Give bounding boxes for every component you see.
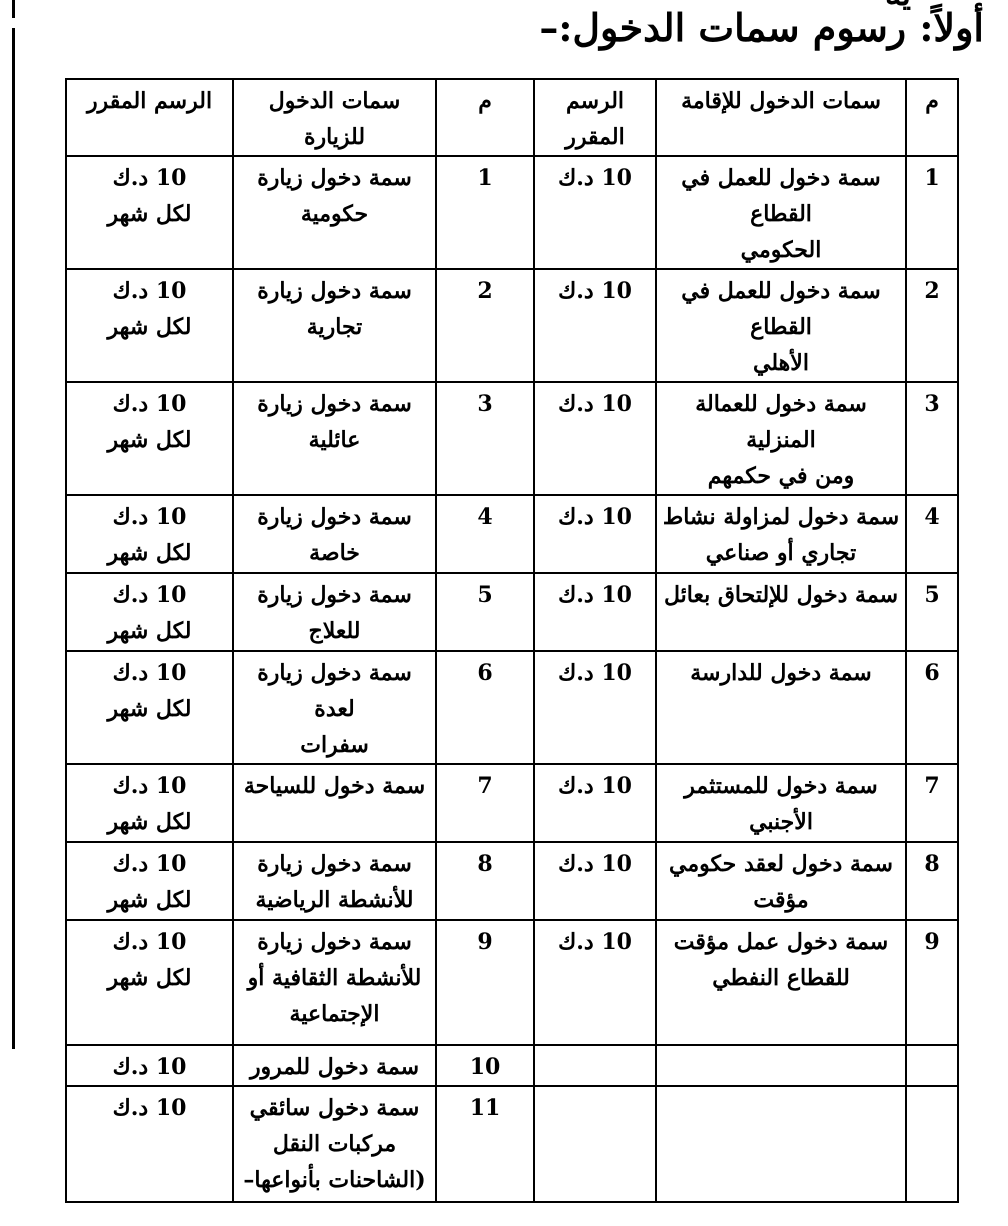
visit-fee-cell: 10 د.ك لكل شهر: [66, 156, 233, 269]
table-row: 11 سمة دخول سائقي مركبات النقل (الشاحنات…: [66, 1086, 958, 1202]
residence-serial-cell: 1: [906, 156, 958, 269]
visit-fee-cell: 10 د.ك لكل شهر: [66, 269, 233, 382]
header-residence-visas: سمات الدخول للإقامة: [656, 79, 906, 156]
residence-visa-cell: سمة دخول عمل مؤقت للقطاع النفطي: [656, 920, 906, 1045]
residence-fee-cell: 10 د.ك: [534, 651, 656, 764]
section-title: أولاً: رسوم سمات الدخول:–: [539, 2, 984, 54]
table-row: 4 سمة دخول لمزاولة نشاط تجاري أو صناعي 1…: [66, 495, 958, 573]
residence-fee-cell: [534, 1045, 656, 1086]
residence-visa-cell: [656, 1045, 906, 1086]
table-row: 1 سمة دخول للعمل في القطاع الحكومي 10 د.…: [66, 156, 958, 269]
visit-visa-cell: سمة دخول زيارة لعدة سفرات: [233, 651, 436, 764]
residence-visa-cell: سمة دخول للإلتحاق بعائل: [656, 573, 906, 651]
visit-serial-cell: 1: [436, 156, 534, 269]
residence-fee-cell: 10 د.ك: [534, 764, 656, 842]
table-row: 10 سمة دخول للمرور 10 د.ك: [66, 1045, 958, 1086]
residence-fee-cell: 10 د.ك: [534, 156, 656, 269]
visit-serial-cell: 4: [436, 495, 534, 573]
left-margin-rule: [12, 0, 15, 18]
visit-fee-cell: 10 د.ك لكل شهر: [66, 495, 233, 573]
visit-visa-cell: سمة دخول زيارة حكومية: [233, 156, 436, 269]
residence-visa-cell: سمة دخول للعمل في القطاع الأهلي: [656, 269, 906, 382]
visit-serial-cell: 5: [436, 573, 534, 651]
residence-fee-cell: [534, 1086, 656, 1202]
residence-visa-cell: سمة دخول للعمالة المنزلية ومن في حكمهم: [656, 382, 906, 495]
header-visit-fee: الرسم المقرر: [66, 79, 233, 156]
table-row: 7 سمة دخول للمستثمر الأجنبي 10 د.ك 7 سمة…: [66, 764, 958, 842]
left-margin-rule: [12, 28, 15, 1049]
residence-serial-cell: 3: [906, 382, 958, 495]
header-residence-serial: م: [906, 79, 958, 156]
visit-fee-cell: 10 د.ك لكل شهر: [66, 764, 233, 842]
residence-visa-cell: سمة دخول لعقد حكومي مؤقت: [656, 842, 906, 920]
residence-visa-cell: سمة دخول للمستثمر الأجنبي: [656, 764, 906, 842]
visit-visa-cell: سمة دخول زيارة عائلية: [233, 382, 436, 495]
residence-serial-cell: 6: [906, 651, 958, 764]
residence-fee-cell: 10 د.ك: [534, 842, 656, 920]
visit-fee-cell: 10 د.ك لكل شهر: [66, 573, 233, 651]
visit-visa-cell: سمة دخول زيارة للعلاج: [233, 573, 436, 651]
visit-visa-cell: سمة دخول للسياحة: [233, 764, 436, 842]
table-row: 2 سمة دخول للعمل في القطاع الأهلي 10 د.ك…: [66, 269, 958, 382]
visit-visa-cell: سمة دخول زيارة تجارية: [233, 269, 436, 382]
table-row: 6 سمة دخول للدارسة 10 د.ك 6 سمة دخول زيا…: [66, 651, 958, 764]
residence-serial-cell: 9: [906, 920, 958, 1045]
residence-serial-cell: 7: [906, 764, 958, 842]
residence-serial-cell: [906, 1086, 958, 1202]
visit-fee-cell: 10 د.ك لكل شهر: [66, 651, 233, 764]
visit-fee-cell: 10 د.ك لكل شهر: [66, 382, 233, 495]
visit-serial-cell: 7: [436, 764, 534, 842]
table-row: 5 سمة دخول للإلتحاق بعائل 10 د.ك 5 سمة د…: [66, 573, 958, 651]
visit-fee-cell: 10 د.ك لكل شهر: [66, 920, 233, 1045]
residence-serial-cell: [906, 1045, 958, 1086]
residence-fee-cell: 10 د.ك: [534, 495, 656, 573]
residence-visa-cell: سمة دخول للدارسة: [656, 651, 906, 764]
residence-serial-cell: 2: [906, 269, 958, 382]
visa-fees-table: م سمات الدخول للإقامة الرسم المقرر م سما…: [65, 78, 959, 1203]
visit-serial-cell: 2: [436, 269, 534, 382]
residence-serial-cell: 4: [906, 495, 958, 573]
residence-serial-cell: 8: [906, 842, 958, 920]
visit-serial-cell: 8: [436, 842, 534, 920]
visit-fee-cell: 10 د.ك: [66, 1045, 233, 1086]
residence-visa-cell: سمة دخول لمزاولة نشاط تجاري أو صناعي: [656, 495, 906, 573]
visit-serial-cell: 10: [436, 1045, 534, 1086]
visit-serial-cell: 11: [436, 1086, 534, 1202]
header-visit-serial: م: [436, 79, 534, 156]
visit-visa-cell: سمة دخول زيارة خاصة: [233, 495, 436, 573]
residence-serial-cell: 5: [906, 573, 958, 651]
visit-visa-cell: سمة دخول للمرور: [233, 1045, 436, 1086]
visit-visa-cell: سمة دخول زيارة للأنشطة الرياضية: [233, 842, 436, 920]
table-header-row: م سمات الدخول للإقامة الرسم المقرر م سما…: [66, 79, 958, 156]
residence-visa-cell: سمة دخول للعمل في القطاع الحكومي: [656, 156, 906, 269]
table-row: 8 سمة دخول لعقد حكومي مؤقت 10 د.ك 8 سمة …: [66, 842, 958, 920]
visit-serial-cell: 3: [436, 382, 534, 495]
visit-fee-cell: 10 د.ك لكل شهر: [66, 842, 233, 920]
residence-fee-cell: 10 د.ك: [534, 573, 656, 651]
residence-fee-cell: 10 د.ك: [534, 920, 656, 1045]
table-row: 3 سمة دخول للعمالة المنزلية ومن في حكمهم…: [66, 382, 958, 495]
visit-fee-cell: 10 د.ك: [66, 1086, 233, 1202]
residence-visa-cell: [656, 1086, 906, 1202]
document-page: يّة أولاً: رسوم سمات الدخول:– م سمات الد…: [0, 0, 1008, 1226]
residence-fee-cell: 10 د.ك: [534, 269, 656, 382]
header-residence-fee: الرسم المقرر: [534, 79, 656, 156]
visit-visa-cell: سمة دخول زيارة للأنشطة الثقافية أو الإجت…: [233, 920, 436, 1045]
visit-serial-cell: 9: [436, 920, 534, 1045]
visit-visa-cell: سمة دخول سائقي مركبات النقل (الشاحنات بأ…: [233, 1086, 436, 1202]
visit-serial-cell: 6: [436, 651, 534, 764]
header-visit-visas: سمات الدخول للزيارة: [233, 79, 436, 156]
table-row: 9 سمة دخول عمل مؤقت للقطاع النفطي 10 د.ك…: [66, 920, 958, 1045]
residence-fee-cell: 10 د.ك: [534, 382, 656, 495]
